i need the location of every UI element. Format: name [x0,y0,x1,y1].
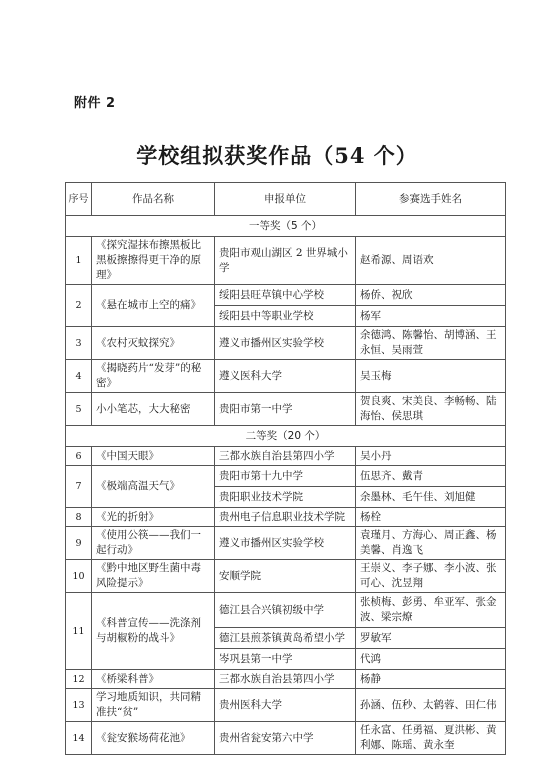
row-names: 贺良爽、宋美良、李畅畅、陆海怡、侯思琪 [356,393,506,426]
row-no: 2 [66,285,92,327]
table-row: 6 《中国天眼》 三都水族自治县第四小学 吴小丹 [66,447,506,466]
row-no: 8 [66,508,92,527]
row-no: 14 [66,722,92,755]
row-unit: 德江县合兴镇初级中学 [215,593,356,628]
row-names: 孙涵、伍秒、太鹤蓉、田仁伟 [356,689,506,722]
section-row-second-prize: 二等奖（20 个） [66,426,506,447]
row-work: 《桥梁科普》 [92,670,215,689]
table-row: 5 小小笔芯，大大秘密 贵阳市第一中学 贺良爽、宋美良、李畅畅、陆海怡、侯思琪 [66,393,506,426]
row-unit: 三都水族自治县第四小学 [215,447,356,466]
row-no: 6 [66,447,92,466]
row-unit: 贵州省瓮安第六中学 [215,722,356,755]
row-unit: 绥阳县旺草镇中心学校 [215,285,356,306]
table-row: 10 《黔中地区野生菌中毒风险提示》 安顺学院 王崇义、李子娜、李小波、张可心、… [66,560,506,593]
row-names: 代鸿 [356,649,506,670]
row-no: 1 [66,237,92,285]
row-names: 罗敏军 [356,628,506,649]
row-names: 余墨林、毛午佳、刘旭健 [356,487,506,508]
row-work: 《瓮安猴场荷花池》 [92,722,215,755]
row-names: 吴小丹 [356,447,506,466]
table-row: 3 《农村灭蚊探究》 遵义市播州区实验学校 余德鸿、陈馨怡、胡博涵、王永恒、吴雨… [66,327,506,360]
header-no: 序号 [66,183,92,216]
table-row: 12 《桥梁科普》 三都水族自治县第四小学 杨静 [66,670,506,689]
row-names: 王崇义、李子娜、李小波、张可心、沈昱翔 [356,560,506,593]
row-work: 《农村灭蚊探究》 [92,327,215,360]
section-label: 一等奖（5 个） [66,216,506,237]
row-unit: 贵州医科大学 [215,689,356,722]
table-row: 14 《瓮安猴场荷花池》 贵州省瓮安第六中学 任永富、任勇福、夏洪彬、黄利娜、陈… [66,722,506,755]
row-no: 7 [66,466,92,508]
row-work: 《悬在城市上空的痛》 [92,285,215,327]
row-unit: 贵阳市第十九中学 [215,466,356,487]
row-no: 11 [66,593,92,670]
row-names: 赵希源、周语欢 [356,237,506,285]
row-names: 余德鸿、陈馨怡、胡博涵、王永恒、吴雨萱 [356,327,506,360]
table-row: 7 《极端高温天气》 贵阳市第十九中学 伍思齐、戴青 [66,466,506,487]
row-names: 杨军 [356,306,506,327]
table-row: 9 《使用公筷——我们一起行动》 遵义市播州区实验学校 袁瑾月、方海心、周正鑫、… [66,527,506,560]
row-names: 伍思齐、戴青 [356,466,506,487]
section-label: 二等奖（20 个） [66,426,506,447]
row-unit: 贵阳市第一中学 [215,393,356,426]
row-unit: 贵阳职业技术学院 [215,487,356,508]
table-row: 4 《揭晓药片“发芽”的秘密》 遵义医科大学 吴玉梅 [66,360,506,393]
row-unit: 岑巩县第一中学 [215,649,356,670]
table-row: 2 《悬在城市上空的痛》 绥阳县旺草镇中心学校 杨侨、祝欣 [66,285,506,306]
row-unit: 德江县煎茶镇黄岛希望小学 [215,628,356,649]
row-names: 袁瑾月、方海心、周正鑫、杨美馨、肖逸飞 [356,527,506,560]
row-names: 杨静 [356,670,506,689]
row-work: 《中国天眼》 [92,447,215,466]
row-work: 《黔中地区野生菌中毒风险提示》 [92,560,215,593]
row-unit: 贵州电子信息职业技术学院 [215,508,356,527]
row-unit: 绥阳县中等职业学校 [215,306,356,327]
row-unit: 遵义市播州区实验学校 [215,327,356,360]
row-names: 张桢梅、彭勇、牟亚军、张金波、梁宗燎 [356,593,506,628]
table-row: 13 学习地质知识，共同精准扶“贫” 贵州医科大学 孙涵、伍秒、太鹤蓉、田仁伟 [66,689,506,722]
row-unit: 三都水族自治县第四小学 [215,670,356,689]
row-unit: 安顺学院 [215,560,356,593]
row-no: 3 [66,327,92,360]
row-no: 12 [66,670,92,689]
header-unit: 申报单位 [215,183,356,216]
row-no: 4 [66,360,92,393]
row-names: 吴玉梅 [356,360,506,393]
header-names: 参赛选手姓名 [356,183,506,216]
awards-table: 序号 作品名称 申报单位 参赛选手姓名 一等奖（5 个） 1 《探究湿抹布擦黑板… [65,182,506,755]
row-unit: 遵义市播州区实验学校 [215,527,356,560]
row-unit: 遵义医科大学 [215,360,356,393]
row-no: 9 [66,527,92,560]
table-header-row: 序号 作品名称 申报单位 参赛选手姓名 [66,183,506,216]
row-work: 小小笔芯，大大秘密 [92,393,215,426]
row-no: 13 [66,689,92,722]
row-work: 《探究湿抹布擦黑板比黑板擦擦得更干净的原理》 [92,237,215,285]
table-row: 11 《科普宣传——洗涤剂与胡椒粉的战斗》 德江县合兴镇初级中学 张桢梅、彭勇、… [66,593,506,628]
row-names: 杨栓 [356,508,506,527]
page-title: 学校组拟获奖作品（54 个） [0,140,554,170]
table-row: 8 《光的折射》 贵州电子信息职业技术学院 杨栓 [66,508,506,527]
row-work: 《光的折射》 [92,508,215,527]
row-work: 学习地质知识，共同精准扶“贫” [92,689,215,722]
row-unit: 贵阳市观山湖区 2 世界城小学 [215,237,356,285]
table-row: 1 《探究湿抹布擦黑板比黑板擦擦得更干净的原理》 贵阳市观山湖区 2 世界城小学… [66,237,506,285]
header-work: 作品名称 [92,183,215,216]
row-work: 《揭晓药片“发芽”的秘密》 [92,360,215,393]
row-names: 杨侨、祝欣 [356,285,506,306]
row-work: 《使用公筷——我们一起行动》 [92,527,215,560]
section-row-first-prize: 一等奖（5 个） [66,216,506,237]
row-work: 《科普宣传——洗涤剂与胡椒粉的战斗》 [92,593,215,670]
row-names: 任永富、任勇福、夏洪彬、黄利娜、陈瑶、黄永奎 [356,722,506,755]
row-work: 《极端高温天气》 [92,466,215,508]
row-no: 10 [66,560,92,593]
row-no: 5 [66,393,92,426]
attachment-label: 附件 2 [74,92,116,111]
